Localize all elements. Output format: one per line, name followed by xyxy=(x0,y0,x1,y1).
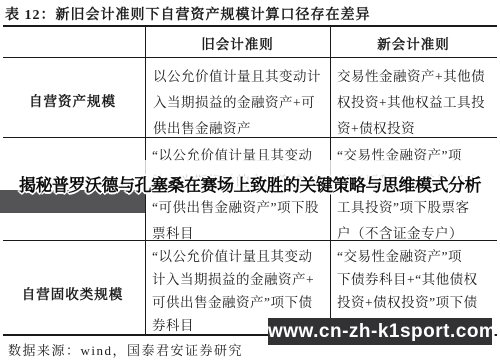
col-header-new-standard: 新会计准则 xyxy=(330,33,497,53)
cell-line: 供出售金融资产 xyxy=(153,116,329,142)
cell-line: 下债券科目+“其他债权 xyxy=(337,268,497,291)
table-title: 表 12：新旧会计准则下自营资产规模计算口径存在差异 xyxy=(5,4,371,24)
cell-line: 以公允价值计量且其变动计 xyxy=(153,64,329,90)
cell-line: 户（不含证金专户） xyxy=(337,221,497,247)
cell-line: 可供出售金融资产”项下债 xyxy=(152,291,330,314)
col-header-old-standard: 旧会计准则 xyxy=(145,33,330,53)
cell-line: 权投资+其他权益工具投 xyxy=(337,90,497,116)
report-table-page: 表 12：新旧会计准则下自营资产规模计算口径存在差异 旧会计准则 新会计准则 自… xyxy=(0,0,500,362)
cell-line: 资+债权投资 xyxy=(337,116,497,142)
cell-line: “交易性金融资产”项 xyxy=(337,245,497,268)
cell-line: 工具投资”项下股票客 xyxy=(337,195,497,221)
cell-row1-new: 交易性金融资产+其他债 权投资+其他权益工具投 资+债权投资 xyxy=(337,64,497,142)
source-note: 数据来源：wind，国泰君安证券研究 xyxy=(8,340,243,359)
cell-row1-old: 以公允价值计量且其变动计 入当期损益的金融资产+可 供出售金融资产 xyxy=(153,64,329,142)
table-rule-top xyxy=(3,25,497,27)
table-rule-header xyxy=(3,57,497,58)
cell-line: 票科目 xyxy=(152,221,330,247)
cell-line: 交易性金融资产+其他债 xyxy=(337,64,497,90)
row-label-fixed-income: 自营固收类规模 xyxy=(0,283,145,303)
row-label-proprietary-assets: 自营资产规模 xyxy=(0,90,145,110)
cell-line: 计入当期损益的金融资产+ xyxy=(152,268,330,291)
cell-line: 投资+债权投资”项下债 xyxy=(337,291,497,314)
cell-line: “可供出售金融资产”项下股 xyxy=(152,195,330,221)
cell-line: 入当期损益的金融资产+可 xyxy=(153,90,329,116)
cell-line: “以公允价值计量且其变动 xyxy=(152,245,330,268)
headline-watermark: 揭秘普罗沃德与孔塞桑在赛场上致胜的关键策略与思维模式分析 xyxy=(0,171,500,196)
url-watermark: www.cn-zh-k1sport.com xyxy=(268,318,492,345)
